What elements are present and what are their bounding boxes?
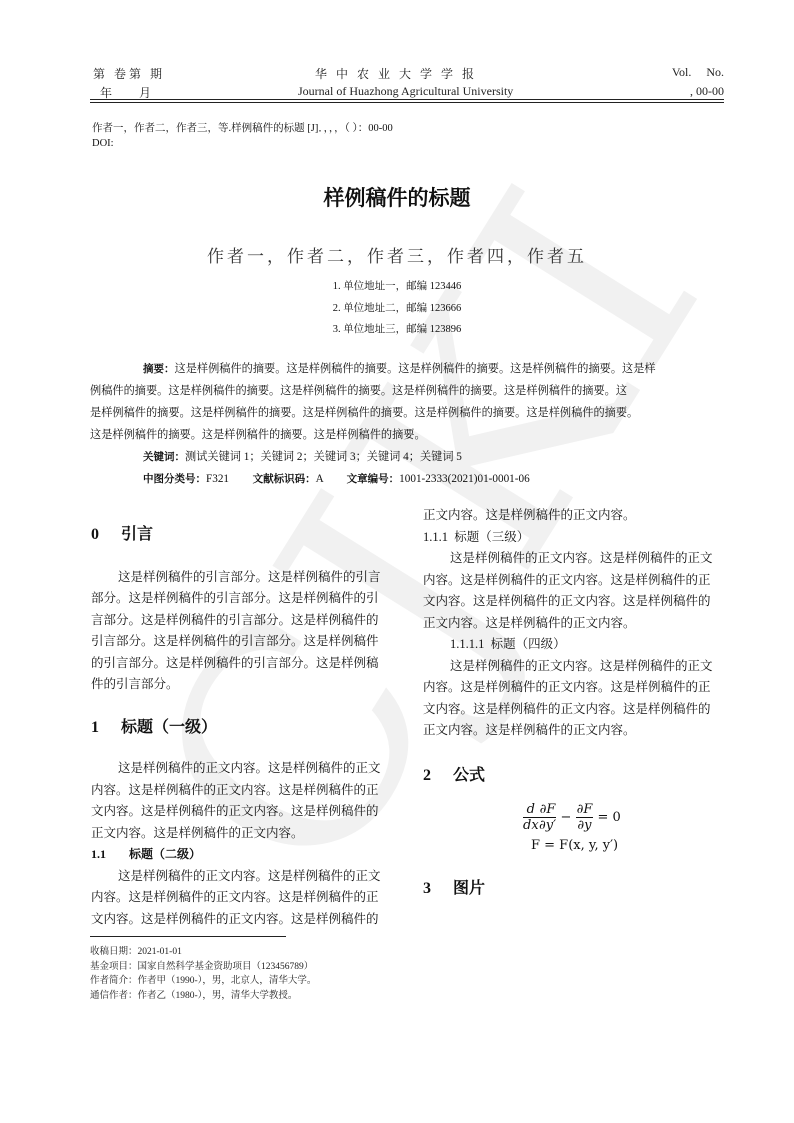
article-no-label: 文章编号：	[347, 473, 400, 485]
affiliation-3: 3. 单位地址三，邮编 123896	[0, 321, 794, 336]
fraction-d-dx: ddx	[523, 802, 539, 833]
section-heading-2: 2公式	[423, 764, 725, 787]
citation: 作者一，作者二，作者三，等.样例稿件的标题 [J]．，，，（ ）：00-00	[92, 120, 393, 135]
doc-code-value: A	[316, 473, 323, 485]
affiliation-2: 2. 单位地址二，邮编 123666	[0, 300, 794, 315]
fraction-dF-dyprime: ∂F∂y′	[539, 802, 557, 833]
affiliation-1: 1. 单位地址一，邮编 123446	[0, 278, 794, 293]
footnote-rule	[90, 936, 286, 937]
section-1-1-1-paragraph: 这是样例稿件的正文内容。这是样例稿件的正文 内容。这是样例稿件的正文内容。这是样…	[423, 548, 725, 634]
header-rule-thick	[90, 99, 724, 100]
abstract-line: 这是样例稿件的摘要。这是样例稿件的摘要。这是样例稿件的摘要。	[90, 424, 700, 446]
clc-value: F321	[206, 473, 229, 485]
section-heading-1: 1标题（一级）	[91, 716, 393, 739]
footnotes: 收稿日期：2021-01-01 基金项目：国家自然科学基金资助项目（123456…	[90, 945, 316, 1003]
page-title: 样例稿件的标题	[0, 182, 794, 212]
right-column: 正文内容。这是样例稿件的正文内容。 1.1.1 标题（三级） 这是样例稿件的正文…	[423, 505, 725, 899]
journal-name-en: Journal of Huazhong Agricultural Univers…	[298, 84, 513, 99]
header-rule-thin	[90, 102, 724, 103]
section-1-paragraph: 这是样例稿件的正文内容。这是样例稿件的正文 内容。这是样例稿件的正文内容。这是样…	[91, 758, 393, 844]
abstract-line: 摘要：这是样例稿件的摘要。这是样例稿件的摘要。这是样例稿件的摘要。这是样例稿件的…	[120, 358, 700, 380]
author-list: 作者一，作者二，作者三，作者四，作者五	[0, 242, 794, 267]
section-heading-0: 0引言	[91, 523, 393, 546]
fraction-dF-dy: ∂F∂y	[576, 802, 594, 833]
keywords-label: 关键词：	[143, 451, 185, 463]
doc-code-label: 文献标识码：	[253, 473, 316, 485]
footnote-funding: 基金项目：国家自然科学基金资助项目（123456789）	[90, 960, 316, 975]
keywords: 测试关键词 1；关键词 2；关键词 3；关键词 4；关键词 5	[185, 451, 462, 463]
section-heading-1-1-1: 1.1.1 标题（三级）	[423, 527, 725, 549]
equation-2: F = F(x, y, y′)	[531, 835, 725, 857]
clc-label: 中图分类号：	[143, 473, 206, 485]
article-no-value: 1001-2333(2021)01-0001-06	[399, 473, 530, 485]
header-volume: Vol. No.	[672, 65, 724, 80]
footnote-corresponding-author: 通信作者：作者乙（1980-），男，清华大学教授。	[90, 989, 316, 1004]
abstract-line: 例稿件的摘要。这是样例稿件的摘要。这是样例稿件的摘要。这是样例稿件的摘要。这是样…	[90, 380, 700, 402]
section-heading-1-1: 1.1标题（二级）	[91, 844, 393, 866]
footnote-author-bio: 作者简介：作者甲（1990-），男，北京人，清华大学。	[90, 974, 316, 989]
continued-text: 正文内容。这是样例稿件的正文内容。	[423, 505, 725, 527]
header-pages: , 00-00	[690, 84, 724, 99]
journal-name-cn: 华中农业大学学报	[315, 65, 483, 82]
abstract-label: 摘要：	[143, 363, 175, 375]
section-1-1-paragraph: 这是样例稿件的正文内容。这是样例稿件的正文 内容。这是样例稿件的正文内容。这是样…	[91, 866, 393, 931]
header-issue: 第 卷第 期	[93, 65, 165, 82]
section-1-1-1-1-paragraph: 这是样例稿件的正文内容。这是样例稿件的正文 内容。这是样例稿件的正文内容。这是样…	[423, 656, 725, 742]
section-heading-3: 3图片	[423, 877, 725, 900]
intro-paragraph: 这是样例稿件的引言部分。这是样例稿件的引言 部分。这是样例稿件的引言部分。这是样…	[91, 567, 393, 696]
doi-label: DOI:	[92, 138, 114, 149]
keywords-line: 关键词：测试关键词 1；关键词 2；关键词 3；关键词 4；关键词 5	[120, 446, 700, 468]
classification-line: 中图分类号：F321 文献标识码：A 文章编号：1001-2333(2021)0…	[120, 468, 700, 490]
footnote-received-date: 收稿日期：2021-01-01	[90, 945, 316, 960]
section-heading-1-1-1-1: 1.1.1.1 标题（四级）	[423, 634, 725, 656]
equation-1: ddx∂F∂y′ − ∂F∂y = 0	[523, 802, 725, 833]
abstract-line: 是样例稿件的摘要。这是样例稿件的摘要。这是样例稿件的摘要。这是样例稿件的摘要。这…	[90, 402, 700, 424]
abstract-block: 摘要：这是样例稿件的摘要。这是样例稿件的摘要。这是样例稿件的摘要。这是样例稿件的…	[120, 358, 700, 490]
left-column: 0引言 这是样例稿件的引言部分。这是样例稿件的引言 部分。这是样例稿件的引言部分…	[91, 523, 393, 930]
